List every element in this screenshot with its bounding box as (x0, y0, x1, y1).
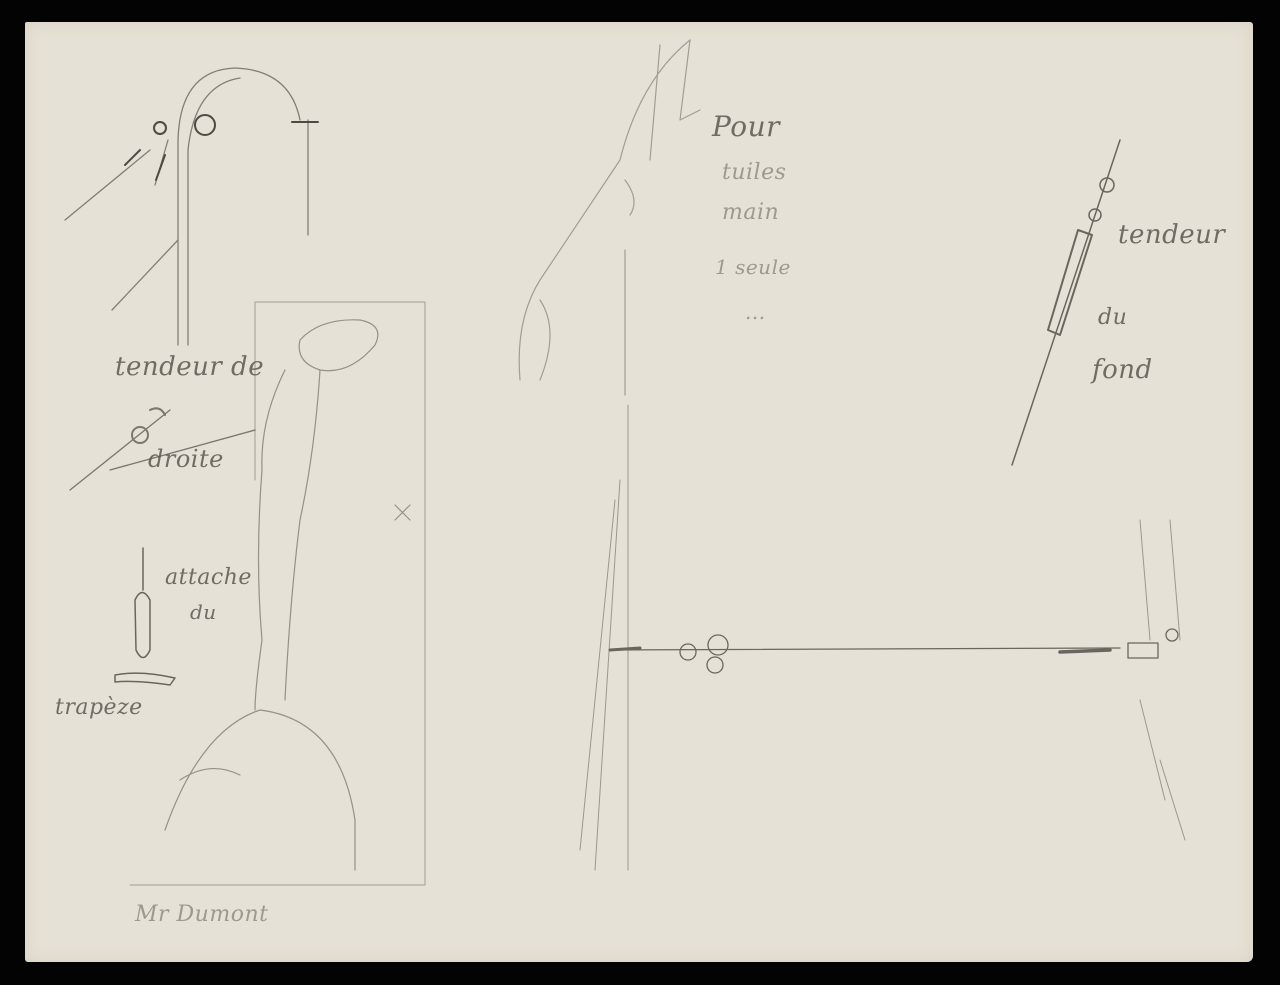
pencil-sketch (0, 0, 1280, 985)
signature: Mr Dumont (135, 902, 268, 927)
tensioner-back-sketch (1012, 140, 1120, 465)
label-tendeur: tendeur (1118, 220, 1225, 250)
seated-figure-sketch (165, 320, 410, 870)
hanging-figure-sketch (519, 40, 700, 395)
center-note-line-4: 1 seule (715, 255, 791, 279)
label-du: du (190, 600, 217, 624)
center-note-line-1: Pour (712, 110, 780, 143)
vertical-posts-sketch (580, 405, 1185, 870)
center-note-line-2: tuiles (722, 160, 786, 185)
label-du-right: du (1098, 305, 1127, 330)
center-note-line-3: main (722, 200, 779, 225)
center-note-line-5: ... (745, 300, 766, 324)
label-droite: droite (148, 445, 224, 473)
horizontal-bar-sketch (610, 629, 1178, 673)
label-fond: fond (1092, 355, 1153, 385)
knot-details (125, 115, 318, 180)
arch-rigging-sketch (65, 68, 308, 345)
figure-frame-sketch (130, 302, 425, 885)
label-trapeze: trapèze (55, 695, 143, 720)
label-attache: attache (165, 565, 252, 590)
label-tendeur-de: tendeur de (115, 352, 264, 382)
